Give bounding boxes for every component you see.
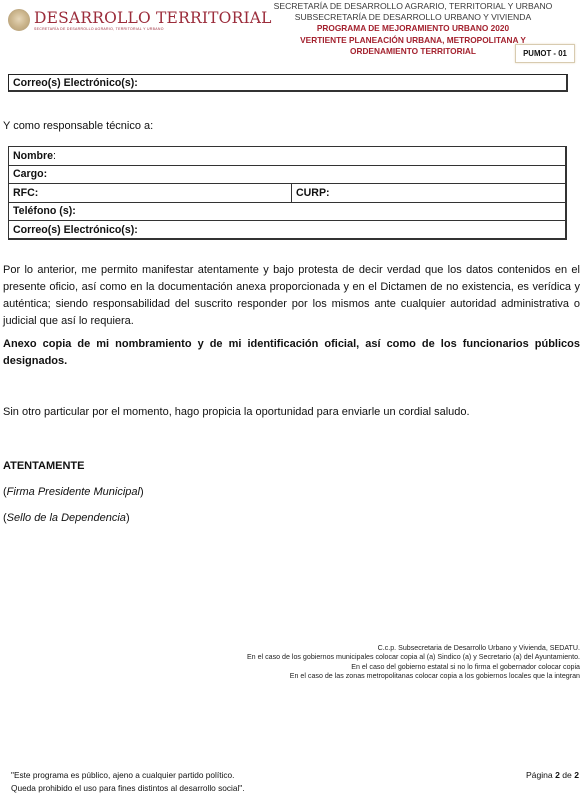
- logo-subtitle: SECRETARÍA DE DESARROLLO AGRARIO, TERRIT…: [34, 27, 272, 31]
- technical-responsible-form: Nombre: Cargo: RFC: CURP: Teléfono (s): …: [8, 146, 567, 240]
- page-total: 2: [574, 770, 579, 780]
- sello-text: Sello de la Dependencia: [7, 512, 126, 524]
- curp-field[interactable]: CURP:: [292, 184, 567, 203]
- page-word: Página: [526, 770, 555, 780]
- form-code-badge: PUMOT - 01: [515, 44, 575, 63]
- telefono-field[interactable]: Teléfono (s):: [9, 202, 567, 221]
- national-seal-icon: [8, 9, 30, 31]
- top-email-field[interactable]: Correo(s) Electrónico(s):: [8, 74, 568, 92]
- ccp-line: En el caso de los gobiernos municipales …: [247, 653, 580, 662]
- rfc-field[interactable]: RFC:: [9, 184, 292, 203]
- sello-line: (Sello de la Dependencia): [3, 510, 130, 527]
- firma-line: (Firma Presidente Municipal): [3, 484, 144, 501]
- ccp-line: C.c.p. Subsecretaria de Desarrollo Urban…: [247, 644, 580, 653]
- ccp-line: En el caso del gobierno estatal si no lo…: [247, 663, 580, 672]
- closing-paragraph: Sin otro particular por el momento, hago…: [3, 404, 470, 421]
- nombre-label: Nombre: [13, 150, 53, 162]
- cargo-field[interactable]: Cargo:: [9, 165, 567, 184]
- annex-paragraph: Anexo copia de mi nombramiento y de mi i…: [3, 336, 580, 370]
- disclaimer-line-2: Queda prohibido el uso para fines distin…: [11, 782, 245, 795]
- header-line-programa: PROGRAMA DE MEJORAMIENTO URBANO 2020: [248, 23, 578, 34]
- declaration-paragraph: Por lo anterior, me permito manifestar a…: [3, 262, 580, 330]
- nombre-field[interactable]: Nombre:: [9, 147, 567, 166]
- ccp-block: C.c.p. Subsecretaria de Desarrollo Urban…: [247, 644, 580, 681]
- nombre-colon: :: [53, 150, 56, 162]
- ccp-line: En el caso de las zonas metropolitanas c…: [247, 672, 580, 681]
- correo-field[interactable]: Correo(s) Electrónico(s):: [9, 221, 567, 240]
- page-of: de: [560, 770, 574, 780]
- firma-text: Firma Presidente Municipal: [7, 486, 140, 498]
- page-number: Página 2 de 2: [526, 769, 579, 782]
- header-line-secretaria: SECRETARÍA DE DESARROLLO AGRARIO, TERRIT…: [248, 1, 578, 12]
- footer-disclaimer: "Este programa es público, ajeno a cualq…: [11, 769, 245, 795]
- header-line-subsecretaria: SUBSECRETARÍA DE DESARROLLO URBANO Y VIV…: [248, 12, 578, 23]
- sedatu-logo: DESARROLLO TERRITORIAL SECRETARÍA DE DES…: [8, 9, 272, 31]
- logo-title: DESARROLLO TERRITORIAL: [34, 10, 272, 26]
- signature-heading: ATENTAMENTE: [3, 458, 84, 475]
- disclaimer-line-1: "Este programa es público, ajeno a cualq…: [11, 769, 245, 782]
- intro-text: Y como responsable técnico a:: [3, 118, 153, 135]
